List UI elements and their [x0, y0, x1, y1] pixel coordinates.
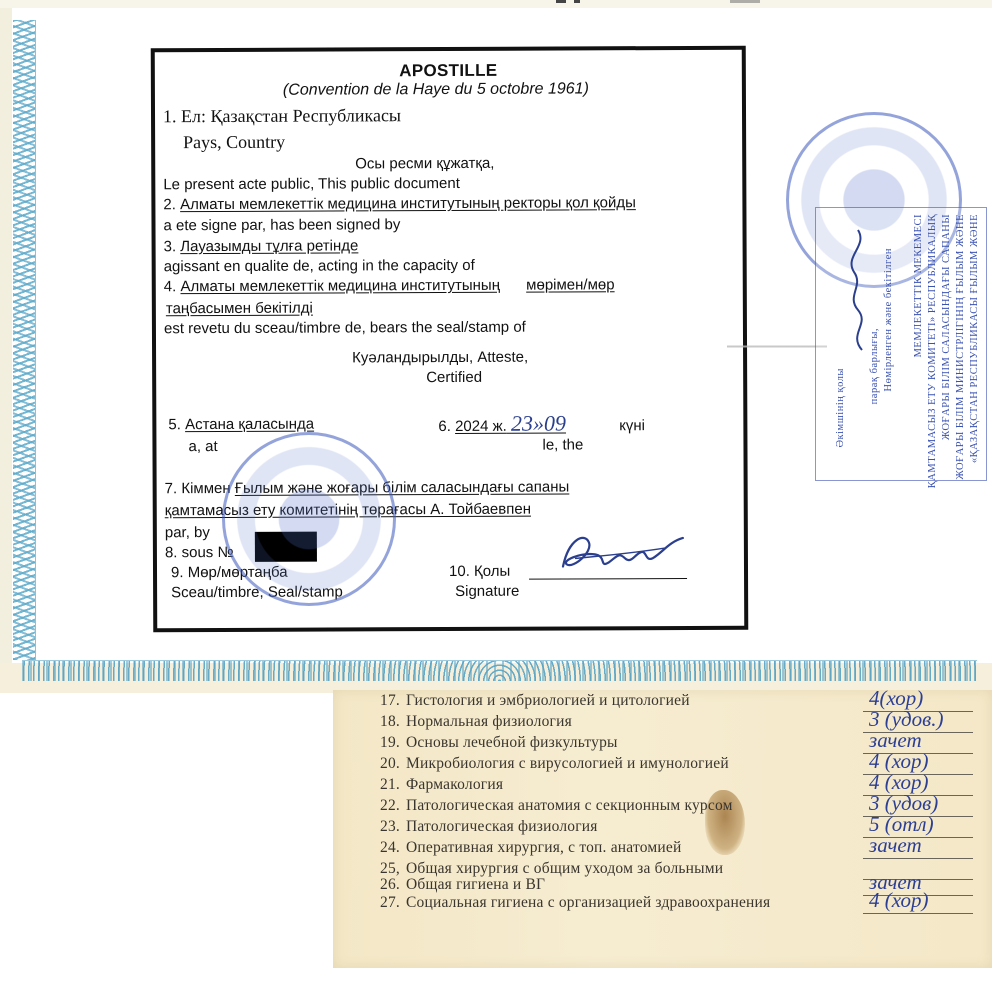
- subject-name: Патологическая физиология: [406, 818, 598, 835]
- transcript-row: 24.Оперативная хирургия, с топ. анатомие…: [380, 839, 681, 857]
- stamp-line-5: МЕМЛЕКЕТТІК МЕКЕМЕСІ: [913, 214, 924, 357]
- field-7-value-b: қамтамасыз ету комитетінің төрағасы А. Т…: [165, 501, 531, 520]
- subject-number: 18.: [380, 713, 400, 730]
- field-by-whom: 7. Кіммен Ғылым және жоғары білім саласы…: [165, 478, 570, 497]
- subject-number: 21.: [380, 776, 400, 793]
- field-signature: 10. Қолы: [449, 563, 510, 580]
- subject-name: Микробиология с вирусологией и имунологи…: [406, 755, 729, 772]
- subject-number: 27.: [380, 894, 400, 911]
- transcript-row: 19.Основы лечебной физкультуры: [380, 734, 618, 752]
- transcript-row: 26.Общая гигиена и ВГ: [380, 876, 545, 894]
- field-signed-by: 2. Алматы мемлекеттік медицина институты…: [163, 194, 636, 213]
- field-3-num: 3.: [164, 238, 177, 255]
- field-6-num: 6.: [438, 418, 451, 435]
- scan-top-marks: [540, 0, 800, 6]
- field-10-sub: Signature: [455, 583, 519, 600]
- field-6-year: 2024 ж.: [455, 418, 507, 435]
- field-7-sub: par, by: [165, 524, 210, 541]
- field-7-prefix: 7. Кіммен: [165, 480, 231, 497]
- signature-icon: [555, 528, 695, 579]
- binding-stamp: «ҚАЗАҚСТАН РЕСПУБЛИКАСЫ ҒЫЛЫМ ЖӘНЕ ЖОҒАР…: [815, 207, 987, 481]
- stamp-line-1: «ҚАЗАҚСТАН РЕСПУБЛИКАСЫ ҒЫЛЫМ ЖӘНЕ: [969, 214, 980, 463]
- field-country-sub: Pays, Country: [183, 132, 285, 153]
- field-4-value-b: мөрімен/мөр: [526, 276, 615, 293]
- transcript-row: 23.Патологическая физиология: [380, 818, 598, 836]
- transcript-fragment: 17.Гистология и эмбриологией и цитологие…: [333, 690, 992, 968]
- field-6-value: 2024 ж. 23»09: [455, 410, 615, 437]
- apostille-title: APOSTILLE: [155, 60, 742, 83]
- subject-name: Нормальная физиология: [406, 713, 572, 730]
- subject-name: Оперативная хирургия, с топ. анатомией: [406, 839, 681, 856]
- field-4-num: 4.: [164, 278, 177, 295]
- field-5-value: Астана қаласында: [185, 416, 314, 434]
- subject-number: 26.: [380, 876, 400, 893]
- subject-name: Гистология и эмбриологией и цитологией: [406, 692, 690, 709]
- field-7-value-a: Ғылым және жоғары білім саласындағы сапа…: [235, 478, 570, 496]
- field-6-suffix: күні: [619, 417, 645, 434]
- field-stamp: 9. Мөр/мөртаңба: [171, 564, 288, 582]
- subject-name: Основы лечебной физкультуры: [406, 734, 618, 751]
- field-3-value: Лауазымды тұлға ретінде: [180, 237, 358, 255]
- subject-number: 19.: [380, 734, 400, 751]
- subject-number: 22.: [380, 797, 400, 814]
- apostille-form: APOSTILLE (Convention de la Haye du 5 oc…: [151, 46, 749, 633]
- field-3-sub: agissant en qualite de, acting in the ca…: [164, 257, 475, 275]
- field-5-num: 5.: [168, 416, 181, 433]
- stamp-signature-icon: [838, 226, 878, 356]
- paper-edge: [0, 8, 12, 680]
- field-5-sub: a, at: [188, 438, 217, 455]
- field-2-sub: a ete signe par, has been signed by: [163, 216, 400, 234]
- public-document-label: Le present acte public, This public docu…: [163, 175, 460, 193]
- redacted-number: [255, 532, 317, 562]
- transcript-row: 27.Социальная гигиена с организацией здр…: [380, 894, 770, 912]
- subject-name: Общая хирургия с общим уходом за больным…: [406, 860, 723, 877]
- field-2-num: 2.: [163, 196, 176, 213]
- field-country: 1. Ел: Қазақстан Республикасы: [163, 105, 401, 127]
- field-9-sub: Sceau/timbre, Seal/stamp: [171, 583, 343, 601]
- transcript-row: 21.Фармакология: [380, 776, 503, 794]
- subject-number: 17.: [380, 692, 400, 709]
- subject-number: 23.: [380, 818, 400, 835]
- subject-number: 20.: [380, 755, 400, 772]
- stamp-line-8: Әкімшінің қолы: [835, 368, 846, 448]
- ornamental-border-bottom: [22, 660, 977, 681]
- field-date: 6. 2024 ж. 23»09 күні: [438, 410, 645, 437]
- handwritten-grade: 4 (хор): [869, 888, 929, 913]
- stamp-line-2: ЖОҒАРЫ БІЛІМ МИНИСТРЛІГІНІҢ ҒЫЛЫМ ЖӘНЕ: [955, 214, 966, 480]
- transcript-row: 17.Гистология и эмбриологией и цитологие…: [380, 692, 690, 710]
- field-seal: 4. Алматы мемлекеттік медицина институты…: [164, 276, 615, 295]
- stamp-line-3: ЖОҒАРЫ БІЛІМ САЛАСЫНДАҒЫ САПАНЫ: [941, 214, 952, 440]
- grade-line: [863, 913, 973, 914]
- handwritten-date: 23»09: [511, 410, 566, 435]
- subject-name: Социальная гигиена с организацией здраво…: [406, 894, 770, 911]
- subject-name: Патологическая анатомия с секционным кур…: [406, 797, 733, 814]
- ornamental-border-left: [13, 20, 36, 660]
- transcript-row: 20.Микробиология с вирусологией и имунол…: [380, 755, 729, 773]
- stamp-line-4: ҚАМТАМАСЫЗ ЕТУ КОМИТЕТІ» РЕСПУБЛИКАЛЫҚ: [927, 214, 938, 488]
- stamp-line-6: Нөмірленген және бекітілген: [883, 248, 894, 392]
- subject-name: Фармакология: [406, 776, 503, 793]
- paper-fold: [727, 340, 827, 354]
- field-4-value-c: таңбасымен бекітілді: [166, 300, 313, 318]
- certified-en: Certified: [426, 369, 482, 386]
- scan-top-edge: [0, 0, 992, 8]
- subject-number: 25,: [380, 860, 400, 877]
- field-capacity: 3. Лауазымды тұлға ретінде: [164, 237, 359, 255]
- field-2-value: Алматы мемлекеттік медицина институтының…: [180, 194, 636, 213]
- transcript-row: 22.Патологическая анатомия с секционным …: [380, 797, 733, 815]
- field-number: 8. sous №: [165, 544, 234, 561]
- certified-kz: Куәландырылды, Atteste,: [352, 349, 528, 367]
- field-4-value-a: Алматы мемлекеттік медицина институтының: [180, 277, 500, 295]
- subject-name: Общая гигиена и ВГ: [406, 876, 545, 893]
- handwritten-grade: зачет: [869, 833, 922, 858]
- field-place: 5. Астана қаласында: [168, 416, 314, 434]
- public-document-kz: Осы ресми құжатқа,: [355, 155, 494, 173]
- field-4-sub: est revetu du sceau/timbre de, bears the…: [164, 319, 526, 338]
- apostille-subtitle: (Convention de la Haye du 5 octobre 1961…: [283, 80, 589, 99]
- subject-number: 24.: [380, 839, 400, 856]
- field-6-sub: le, the: [542, 436, 583, 453]
- transcript-row: 18.Нормальная физиология: [380, 713, 572, 731]
- grade-line: [863, 858, 973, 859]
